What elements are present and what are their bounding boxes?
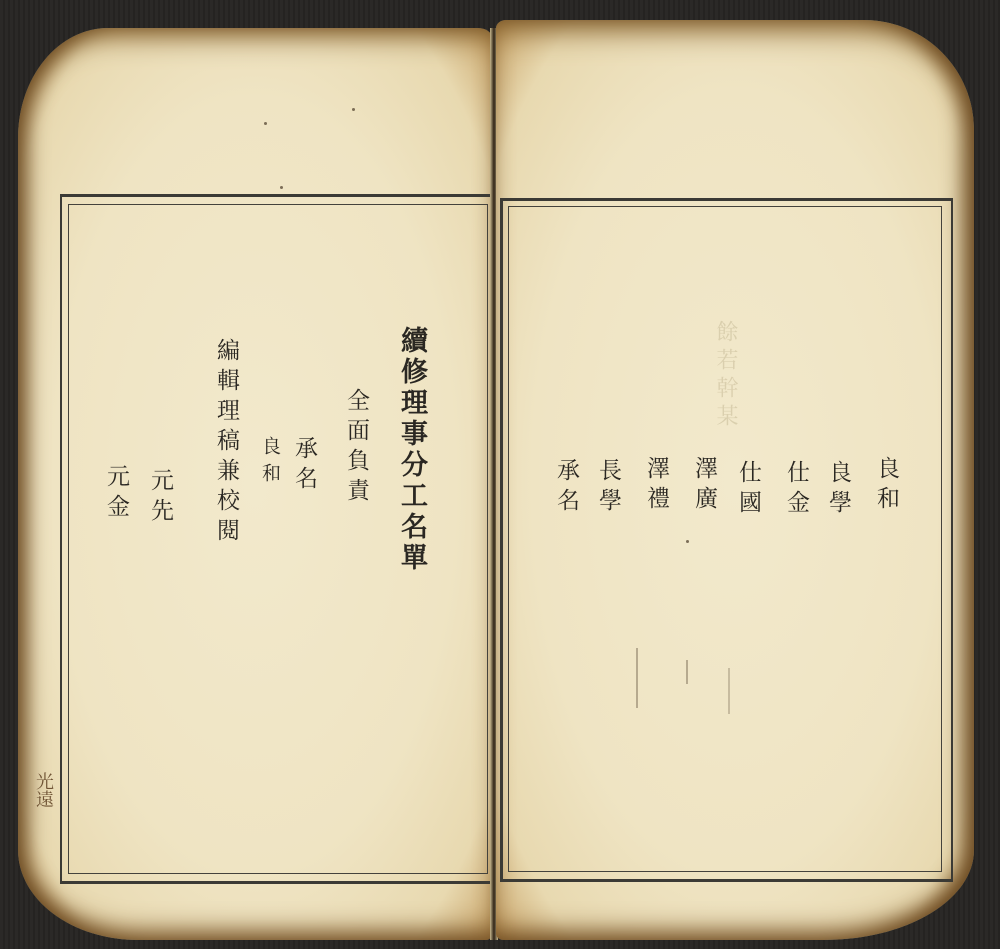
name-changxue: 長學 — [596, 458, 619, 518]
right-page: 餘若幹某 良和 良學 仕金 仕國 澤廣 澤禮 長學 承名 — [496, 20, 974, 940]
name-chengming: 承名 — [292, 436, 315, 496]
ink-smudge — [636, 648, 638, 708]
ink-smudge — [728, 668, 730, 714]
name-yuanjin: 元金 — [104, 464, 127, 524]
left-page-title: 續修理事分工名單 — [398, 326, 425, 574]
ink-smudge — [686, 660, 688, 684]
paper-speck — [280, 186, 283, 189]
left-page: 續修理事分工名單 全面負責 承名 良和 編輯理稿兼校閱 元先 元金 光遠 — [18, 28, 492, 940]
paper-speck — [352, 108, 355, 111]
name-lianghe: 良和 — [874, 456, 897, 516]
section-heading-overall-responsibility: 全面負責 — [344, 388, 367, 508]
bleed-through-text: 餘若幹某 — [714, 320, 736, 432]
name-zeli: 澤禮 — [644, 456, 667, 516]
section-heading-editing-proofreading: 編輯理稿兼校閱 — [214, 338, 237, 548]
margin-page-mark: 光遠 — [30, 772, 56, 808]
name-shijin: 仕金 — [784, 460, 807, 520]
name-chengming: 承名 — [554, 458, 577, 518]
name-lianghe: 良和 — [260, 436, 279, 490]
name-zeguang: 澤廣 — [692, 456, 715, 516]
name-liangxue: 良學 — [826, 460, 849, 520]
paper-speck — [686, 540, 689, 543]
name-shiguo: 仕國 — [736, 460, 759, 520]
right-page-inner-border — [508, 206, 942, 872]
paper-speck — [264, 122, 267, 125]
name-yuanxian: 元先 — [148, 468, 171, 528]
